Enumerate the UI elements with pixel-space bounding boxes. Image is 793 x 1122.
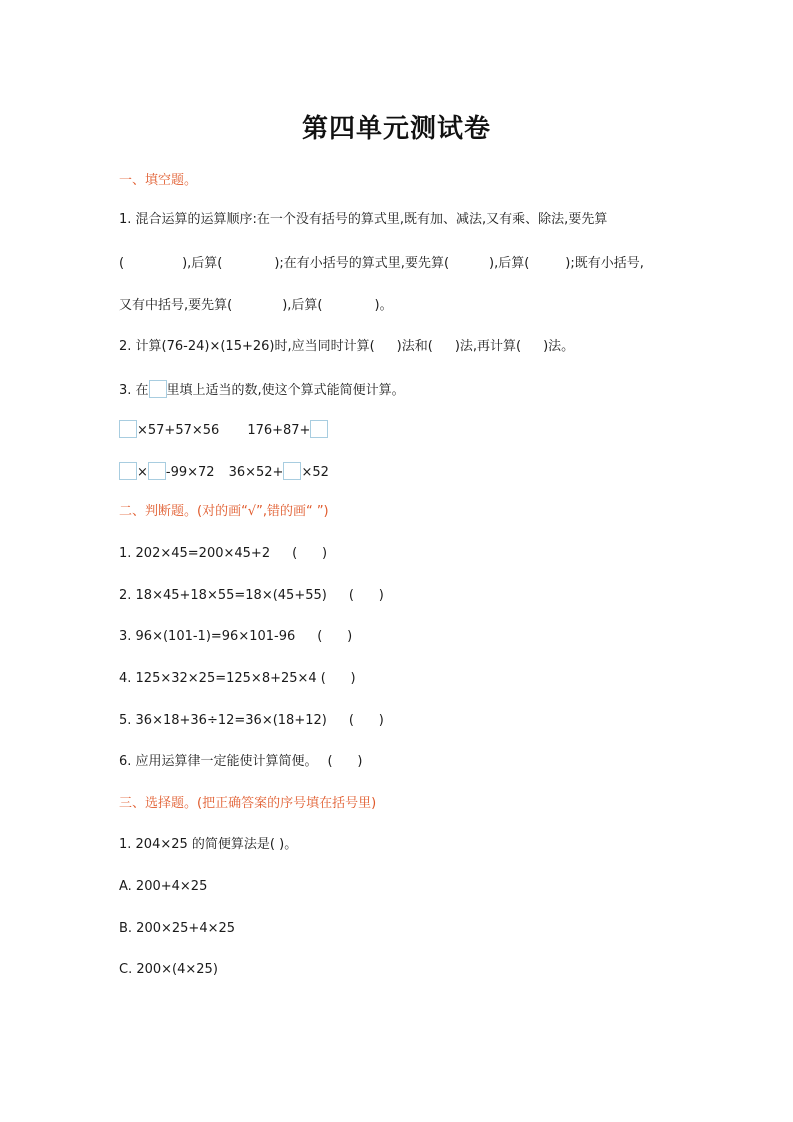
- section-heading-multiple-choice: 三、选择题。(把正确答案的序号填在括号里): [119, 795, 376, 813]
- tf-item-1: 1. 202×45=200×45+2( ): [119, 545, 327, 563]
- answer-box[interactable]: [119, 420, 137, 438]
- question-1-line-1: 1. 混合运算的运算顺序:在一个没有括号的算式里,既有加、减法,又有乘、除法,要…: [119, 211, 607, 229]
- expression: -99×72: [166, 465, 215, 480]
- tf-item-6: 6. 应用运算律一定能使计算简便。( ): [119, 753, 362, 771]
- mc-question-1-stem: 1. 204×25 的简便算法是( )。: [119, 836, 297, 854]
- statement: 3. 96×(101-1)=96×101-96: [119, 629, 295, 644]
- statement: 5. 36×18+36÷12=36×(18+12): [119, 713, 327, 728]
- statement: 1. 202×45=200×45+2: [119, 546, 270, 561]
- answer-box[interactable]: [119, 462, 137, 480]
- text-fragment: ),后算(: [489, 256, 529, 271]
- answer-box[interactable]: [310, 420, 328, 438]
- expression: ×52: [301, 465, 328, 480]
- page-title: 第四单元测试卷: [0, 108, 793, 145]
- text-fragment: 里填上适当的数,使这个算式能简便计算。: [167, 383, 405, 398]
- text-fragment: ),后算(: [282, 298, 322, 313]
- expression-row-2: ×-99×7236×52+×52: [119, 462, 329, 482]
- text-fragment: 2. 计算(76-24)×(15+26)时,应当同时计算(: [119, 339, 375, 354]
- question-2: 2. 计算(76-24)×(15+26)时,应当同时计算()法和()法,再计算(…: [119, 338, 574, 356]
- answer-blank[interactable]: ( ): [321, 671, 356, 686]
- answer-blank[interactable]: ( ): [328, 754, 363, 769]
- mc-option-a[interactable]: A. 200+4×25: [119, 878, 207, 896]
- statement: 4. 125×32×25=125×8+25×4: [119, 671, 317, 686]
- text-fragment: )法和(: [397, 339, 433, 354]
- answer-blank[interactable]: ( ): [292, 546, 327, 561]
- text-fragment: 又有中括号,要先算(: [119, 298, 232, 313]
- text-fragment: )法,再计算(: [455, 339, 521, 354]
- section-heading-fill-blank: 一、填空题。: [119, 172, 197, 190]
- expression: ×: [137, 465, 148, 480]
- text-fragment: (: [119, 256, 124, 271]
- text-fragment: );既有小括号,: [565, 256, 644, 271]
- answer-box[interactable]: [148, 462, 166, 480]
- section-heading-true-false: 二、判断题。(对的画“√”,错的画“ ”): [119, 503, 329, 521]
- text-fragment: );在有小括号的算式里,要先算(: [274, 256, 449, 271]
- answer-blank[interactable]: ( ): [317, 629, 352, 644]
- answer-blank[interactable]: ( ): [349, 588, 384, 603]
- question-3: 3. 在里填上适当的数,使这个算式能简便计算。: [119, 380, 405, 400]
- tf-item-2: 2. 18×45+18×55=18×(45+55)( ): [119, 587, 384, 605]
- mc-option-c[interactable]: C. 200×(4×25): [119, 961, 218, 979]
- tf-item-5: 5. 36×18+36÷12=36×(18+12)( ): [119, 712, 384, 730]
- tf-item-3: 3. 96×(101-1)=96×101-96( ): [119, 628, 352, 646]
- text-fragment: )法。: [543, 339, 574, 354]
- tf-item-4: 4. 125×32×25=125×8+25×4( ): [119, 670, 356, 688]
- question-1-line-3: 又有中括号,要先算(),后算()。: [119, 297, 393, 315]
- statement: 2. 18×45+18×55=18×(45+55): [119, 588, 327, 603]
- text-fragment: 3. 在: [119, 383, 149, 398]
- mc-option-b[interactable]: B. 200×25+4×25: [119, 920, 235, 938]
- expression-row-1: ×57+57×56176+87+: [119, 420, 328, 440]
- expression: 176+87+: [247, 423, 310, 438]
- text-fragment: ),后算(: [182, 256, 222, 271]
- text-fragment: )。: [375, 298, 393, 313]
- statement: 6. 应用运算律一定能使计算简便。: [119, 754, 318, 769]
- answer-blank[interactable]: ( ): [349, 713, 384, 728]
- expression: ×57+57×56: [137, 423, 219, 438]
- answer-box[interactable]: [149, 380, 167, 398]
- question-1-line-2: (),后算();在有小括号的算式里,要先算(),后算();既有小括号,: [119, 255, 644, 273]
- answer-box[interactable]: [283, 462, 301, 480]
- expression: 36×52+: [229, 465, 284, 480]
